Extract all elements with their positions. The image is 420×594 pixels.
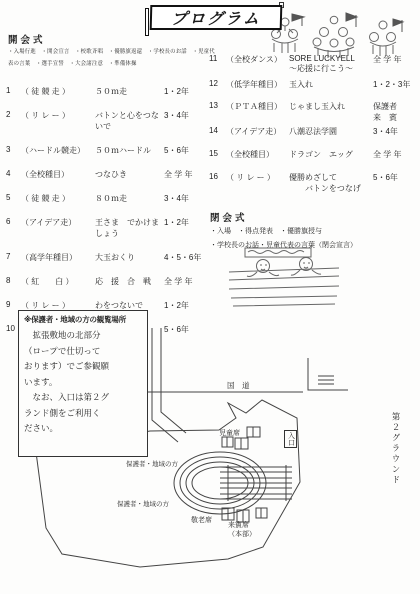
event-category: （高学年種目） bbox=[21, 252, 95, 263]
event-grade: 全 学 年 bbox=[164, 169, 208, 180]
event-grade: 5・6年 bbox=[164, 145, 208, 156]
opening-ceremony-heading: 開会式 bbox=[8, 32, 46, 46]
event-category: （ リ レ ー ） bbox=[21, 110, 95, 121]
event-name: 応 援 合 戦 bbox=[95, 276, 164, 287]
spectator-notice-box: ※保護者・地域の方の観覧場所 拡張敷地の北部分 （ロープで仕切って おります）で… bbox=[18, 310, 148, 457]
event-number: 3 bbox=[6, 145, 21, 154]
document-page: プログラム 開会式 ・入場行進 ・開会宣言 ・校歌斉唱 ・優勝旗返還 ・学校長の… bbox=[0, 0, 420, 594]
event-number: 12 bbox=[209, 79, 226, 88]
program-row: 16 （ リ レ ー ） 優勝めざして バトンをつなげ 5・6年 bbox=[209, 172, 417, 194]
event-grade: 4・5・6年 bbox=[164, 252, 208, 263]
program-row: 6 （アイデア走） 王さま でかけましょう 1・2年 bbox=[6, 217, 208, 239]
program-row: 13 （ＰＴＡ種目） じゃまし玉入れ 保護者 来 賓 bbox=[209, 101, 417, 123]
parents-area-lower-label: 保護者・地域の方 bbox=[117, 499, 169, 508]
event-grade: 3・4年 bbox=[164, 193, 208, 204]
event-grade: 1・2年 bbox=[164, 86, 208, 97]
event-name: 王さま でかけましょう bbox=[95, 217, 164, 239]
event-name: 優勝めざして バトンをつなげ bbox=[289, 172, 373, 194]
program-row: 7 （高学年種目） 大玉おくり 4・5・6年 bbox=[6, 252, 208, 263]
elderly-seats-label: 敬老席 bbox=[191, 515, 212, 525]
program-row: 8 （ 紅 白 ） 応 援 合 戦 全 学 年 bbox=[6, 276, 208, 287]
children-seats-label: 児童席 bbox=[219, 428, 240, 438]
event-grade: 1・2年 bbox=[164, 217, 208, 228]
event-number: 7 bbox=[6, 252, 21, 261]
event-category: （全校種目） bbox=[226, 149, 289, 160]
event-number: 11 bbox=[209, 54, 226, 63]
event-category: （ リ レ ー ） bbox=[226, 172, 289, 183]
event-name: 八潮忍法学園 bbox=[289, 126, 373, 137]
program-row: 12 （低学年種目） 玉入れ 1・2・3年 bbox=[209, 79, 417, 90]
event-category: （全校種目） bbox=[21, 169, 95, 180]
event-number: 13 bbox=[209, 101, 226, 110]
event-category: （アイデア走） bbox=[21, 217, 95, 228]
event-name: ５０ｍハードル bbox=[95, 145, 164, 156]
program-row: 15 （全校種目） ドラゴン エッグ 全 学 年 bbox=[209, 149, 417, 160]
cheering-kids-illustration bbox=[262, 12, 414, 60]
event-name: つなひき bbox=[95, 169, 164, 180]
program-row: 3 （ハードル競走） ５０ｍハードル 5・6年 bbox=[6, 145, 208, 156]
closing-ceremony-heading: 閉会式 bbox=[210, 210, 248, 224]
opening-ceremony-items: ・入場行進 ・開会宣言 ・校歌斉唱 ・優勝旗返還 ・学校長のお話 ・児童代 表の… bbox=[8, 46, 220, 70]
event-category: （ハードル競走） bbox=[21, 145, 95, 156]
program-row: 4 （全校種目） つなひき 全 学 年 bbox=[6, 169, 208, 180]
event-name: バトンと心をつないで bbox=[95, 110, 164, 132]
program-row: 5 （ 徒 競 走 ） ８０ｍ走 3・4年 bbox=[6, 193, 208, 204]
event-grade: 1・2・3年 bbox=[373, 79, 417, 90]
event-name: ５０ｍ走 bbox=[95, 86, 164, 97]
banner-pole bbox=[145, 8, 149, 36]
resting-kids-illustration bbox=[227, 246, 341, 308]
event-category: （ 徒 競 走 ） bbox=[21, 86, 95, 97]
event-number: 14 bbox=[209, 126, 226, 135]
event-name: 玉入れ bbox=[289, 79, 373, 90]
program-row: 1 （ 徒 競 走 ） ５０ｍ走 1・2年 bbox=[6, 86, 208, 97]
program-row: 14 （アイデア走） 八潮忍法学園 3・4年 bbox=[209, 126, 417, 137]
entrance-label: 入口 bbox=[284, 430, 297, 448]
event-number: 1 bbox=[6, 86, 21, 95]
notice-body: 拡張敷地の北部分 （ロープで仕切って おります）でご参観願 います。 なお、入口… bbox=[24, 328, 142, 437]
event-number: 6 bbox=[6, 217, 21, 226]
event-name: ８０ｍ走 bbox=[95, 193, 164, 204]
event-number: 2 bbox=[6, 110, 21, 119]
event-name: ドラゴン エッグ bbox=[289, 149, 373, 160]
event-name: じゃまし玉入れ bbox=[289, 101, 373, 112]
event-category: （ＰＴＡ種目） bbox=[226, 101, 289, 112]
event-category: （低学年種目） bbox=[226, 79, 289, 90]
event-grade: 3・4年 bbox=[373, 126, 417, 137]
event-number: 8 bbox=[6, 276, 21, 285]
event-grade: 3・4年 bbox=[164, 110, 208, 121]
event-grade: 5・6年 bbox=[373, 172, 417, 183]
event-number: 15 bbox=[209, 149, 226, 158]
event-name: 大玉おくり bbox=[95, 252, 164, 263]
event-category: （ 紅 白 ） bbox=[21, 276, 95, 287]
event-category: （アイデア走） bbox=[226, 126, 289, 137]
program-title-banner: プログラム bbox=[150, 5, 283, 30]
national-road-label: 国 道 bbox=[227, 380, 250, 391]
event-number: 5 bbox=[6, 193, 21, 202]
parents-area-upper-label: 保護者・地域の方 bbox=[126, 459, 178, 468]
page-title: プログラム bbox=[171, 6, 261, 29]
event-grade: 全 学 年 bbox=[164, 276, 208, 287]
notice-title: ※保護者・地域の方の観覧場所 bbox=[24, 314, 142, 325]
event-grade: 保護者 来 賓 bbox=[373, 101, 417, 123]
program-list-right: 11 （全校ダンス） SORE LUCKYELL ～応援に行こう～ 全 学 年 … bbox=[209, 54, 417, 194]
second-ground-label: 第２グラウンド bbox=[390, 412, 402, 486]
event-grade: 全 学 年 bbox=[373, 149, 417, 160]
program-row: 2 （ リ レ ー ） バトンと心をつないで 3・4年 bbox=[6, 110, 208, 132]
guest-seats-label: 来賓席 （本部） bbox=[228, 521, 256, 539]
event-category: （ 徒 競 走 ） bbox=[21, 193, 95, 204]
event-number: 16 bbox=[209, 172, 226, 181]
event-number: 4 bbox=[6, 169, 21, 178]
